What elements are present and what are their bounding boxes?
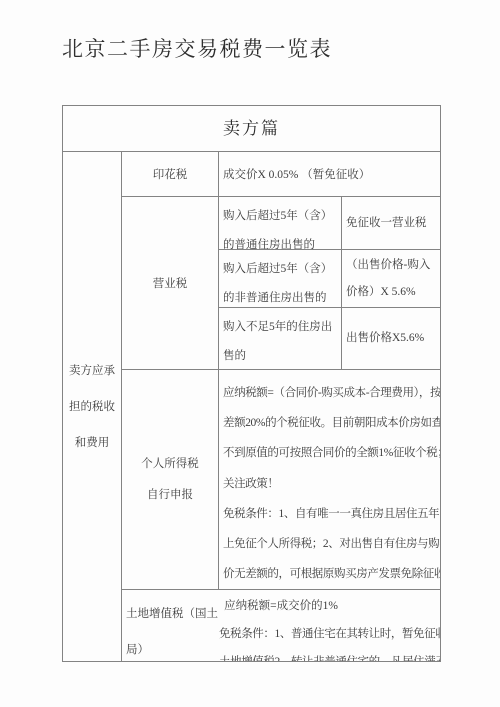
document-page: 北京二手房交易税费一览表 卖方篇 卖方应承担的税收和费用 印花税 成交价X 0.…: [0, 0, 500, 707]
business-tax-row: 营业税 购入后超过5年（含）的普通住房出售的 免征收一营业税 购入后超过5年（含…: [122, 197, 440, 370]
business-tax-case: 购入后超过5年（含）的非普通住房出售的 （出售价格-购入价格）X 5.6%: [219, 249, 440, 307]
land-tax-name: 土地增值税（国土局）: [126, 596, 232, 661]
case-rate: 免征收一营业税: [342, 197, 440, 249]
case-condition: 购入后超过5年（含）的非普通住房出售的: [219, 250, 342, 307]
income-tax-detail-line: 应纳税额=（合同价-购买成本-合理费用），按照: [223, 378, 440, 408]
income-tax-detail-line: 关注政策！: [223, 469, 440, 499]
business-tax-cases: 购入后超过5年（含）的普通住房出售的 免征收一营业税 购入后超过5年（含）的非普…: [219, 197, 440, 369]
income-tax-detail-line: 差额20%的个税征收。目前朝阳成本价房如查: [223, 408, 440, 438]
income-tax-detail-line: 上免征个人所得税；2、对出售自有住房与购买: [223, 529, 440, 559]
page-title: 北京二手房交易税费一览表: [62, 33, 332, 63]
stamp-tax-value: 成交价X 0.05% （暂免征收）: [219, 152, 440, 196]
stamp-tax-row: 印花税 成交价X 0.05% （暂免征收）: [122, 152, 440, 197]
income-tax-row: 个人所得税 自行申报 应纳税额=（合同价-购买成本-合理费用），按照 差额20%…: [122, 370, 440, 590]
table-section-header: 卖方篇: [63, 106, 440, 152]
table-body: 卖方应承担的税收和费用 印花税 成交价X 0.05% （暂免征收） 营业税 购入…: [63, 152, 440, 661]
business-tax-case: 购入不足5年的住房出售的 出售价格X5.6%: [219, 307, 440, 369]
income-tax-name: 个人所得税 自行申报: [122, 370, 219, 589]
row-group-label: 卖方应承担的税收和费用: [63, 152, 122, 661]
case-condition: 购入后超过5年（含）的普通住房出售的: [219, 197, 342, 249]
income-tax-name-line: 个人所得税: [141, 449, 199, 480]
business-tax-name: 营业税: [122, 197, 219, 369]
land-tax-detail-line: 土地增值税2、转让非普通住宅的，凡居住满五: [219, 648, 440, 661]
land-tax-detail-line: 免税条件：1、普通住宅在其转让时，暂免征收: [219, 620, 440, 648]
case-rate: 出售价格X5.6%: [342, 308, 440, 369]
income-tax-detail: 应纳税额=（合同价-购买成本-合理费用），按照 差额20%的个税征收。目前朝阳成…: [219, 370, 440, 589]
case-rate: （出售价格-购入价格）X 5.6%: [342, 250, 440, 307]
income-tax-detail-line: 不到原值的可按照合同价的全额1%征收个税；: [223, 438, 440, 468]
tax-table: 卖方篇 卖方应承担的税收和费用 印花税 成交价X 0.05% （暂免征收） 营业…: [62, 105, 441, 662]
stamp-tax-name: 印花税: [122, 152, 219, 196]
income-tax-declaration-label: 自行申报: [147, 480, 193, 511]
income-tax-detail-line: 价无差额的，可根据原购买房产发票免除征收。: [223, 559, 440, 589]
income-tax-detail-line: 免税条件：1、自有唯一一真住房且居住五年以: [223, 499, 440, 529]
business-tax-case: 购入后超过5年（含）的普通住房出售的 免征收一营业税: [219, 197, 440, 249]
case-condition: 购入不足5年的住房出售的: [219, 308, 342, 369]
land-tax-row: 土地增值税（国土局） 应纳税额=成交价的1% 免税条件：1、普通住宅在其转让时，…: [122, 590, 440, 661]
table-main-columns: 印花税 成交价X 0.05% （暂免征收） 营业税 购入后超过5年（含）的普通住…: [122, 152, 440, 661]
